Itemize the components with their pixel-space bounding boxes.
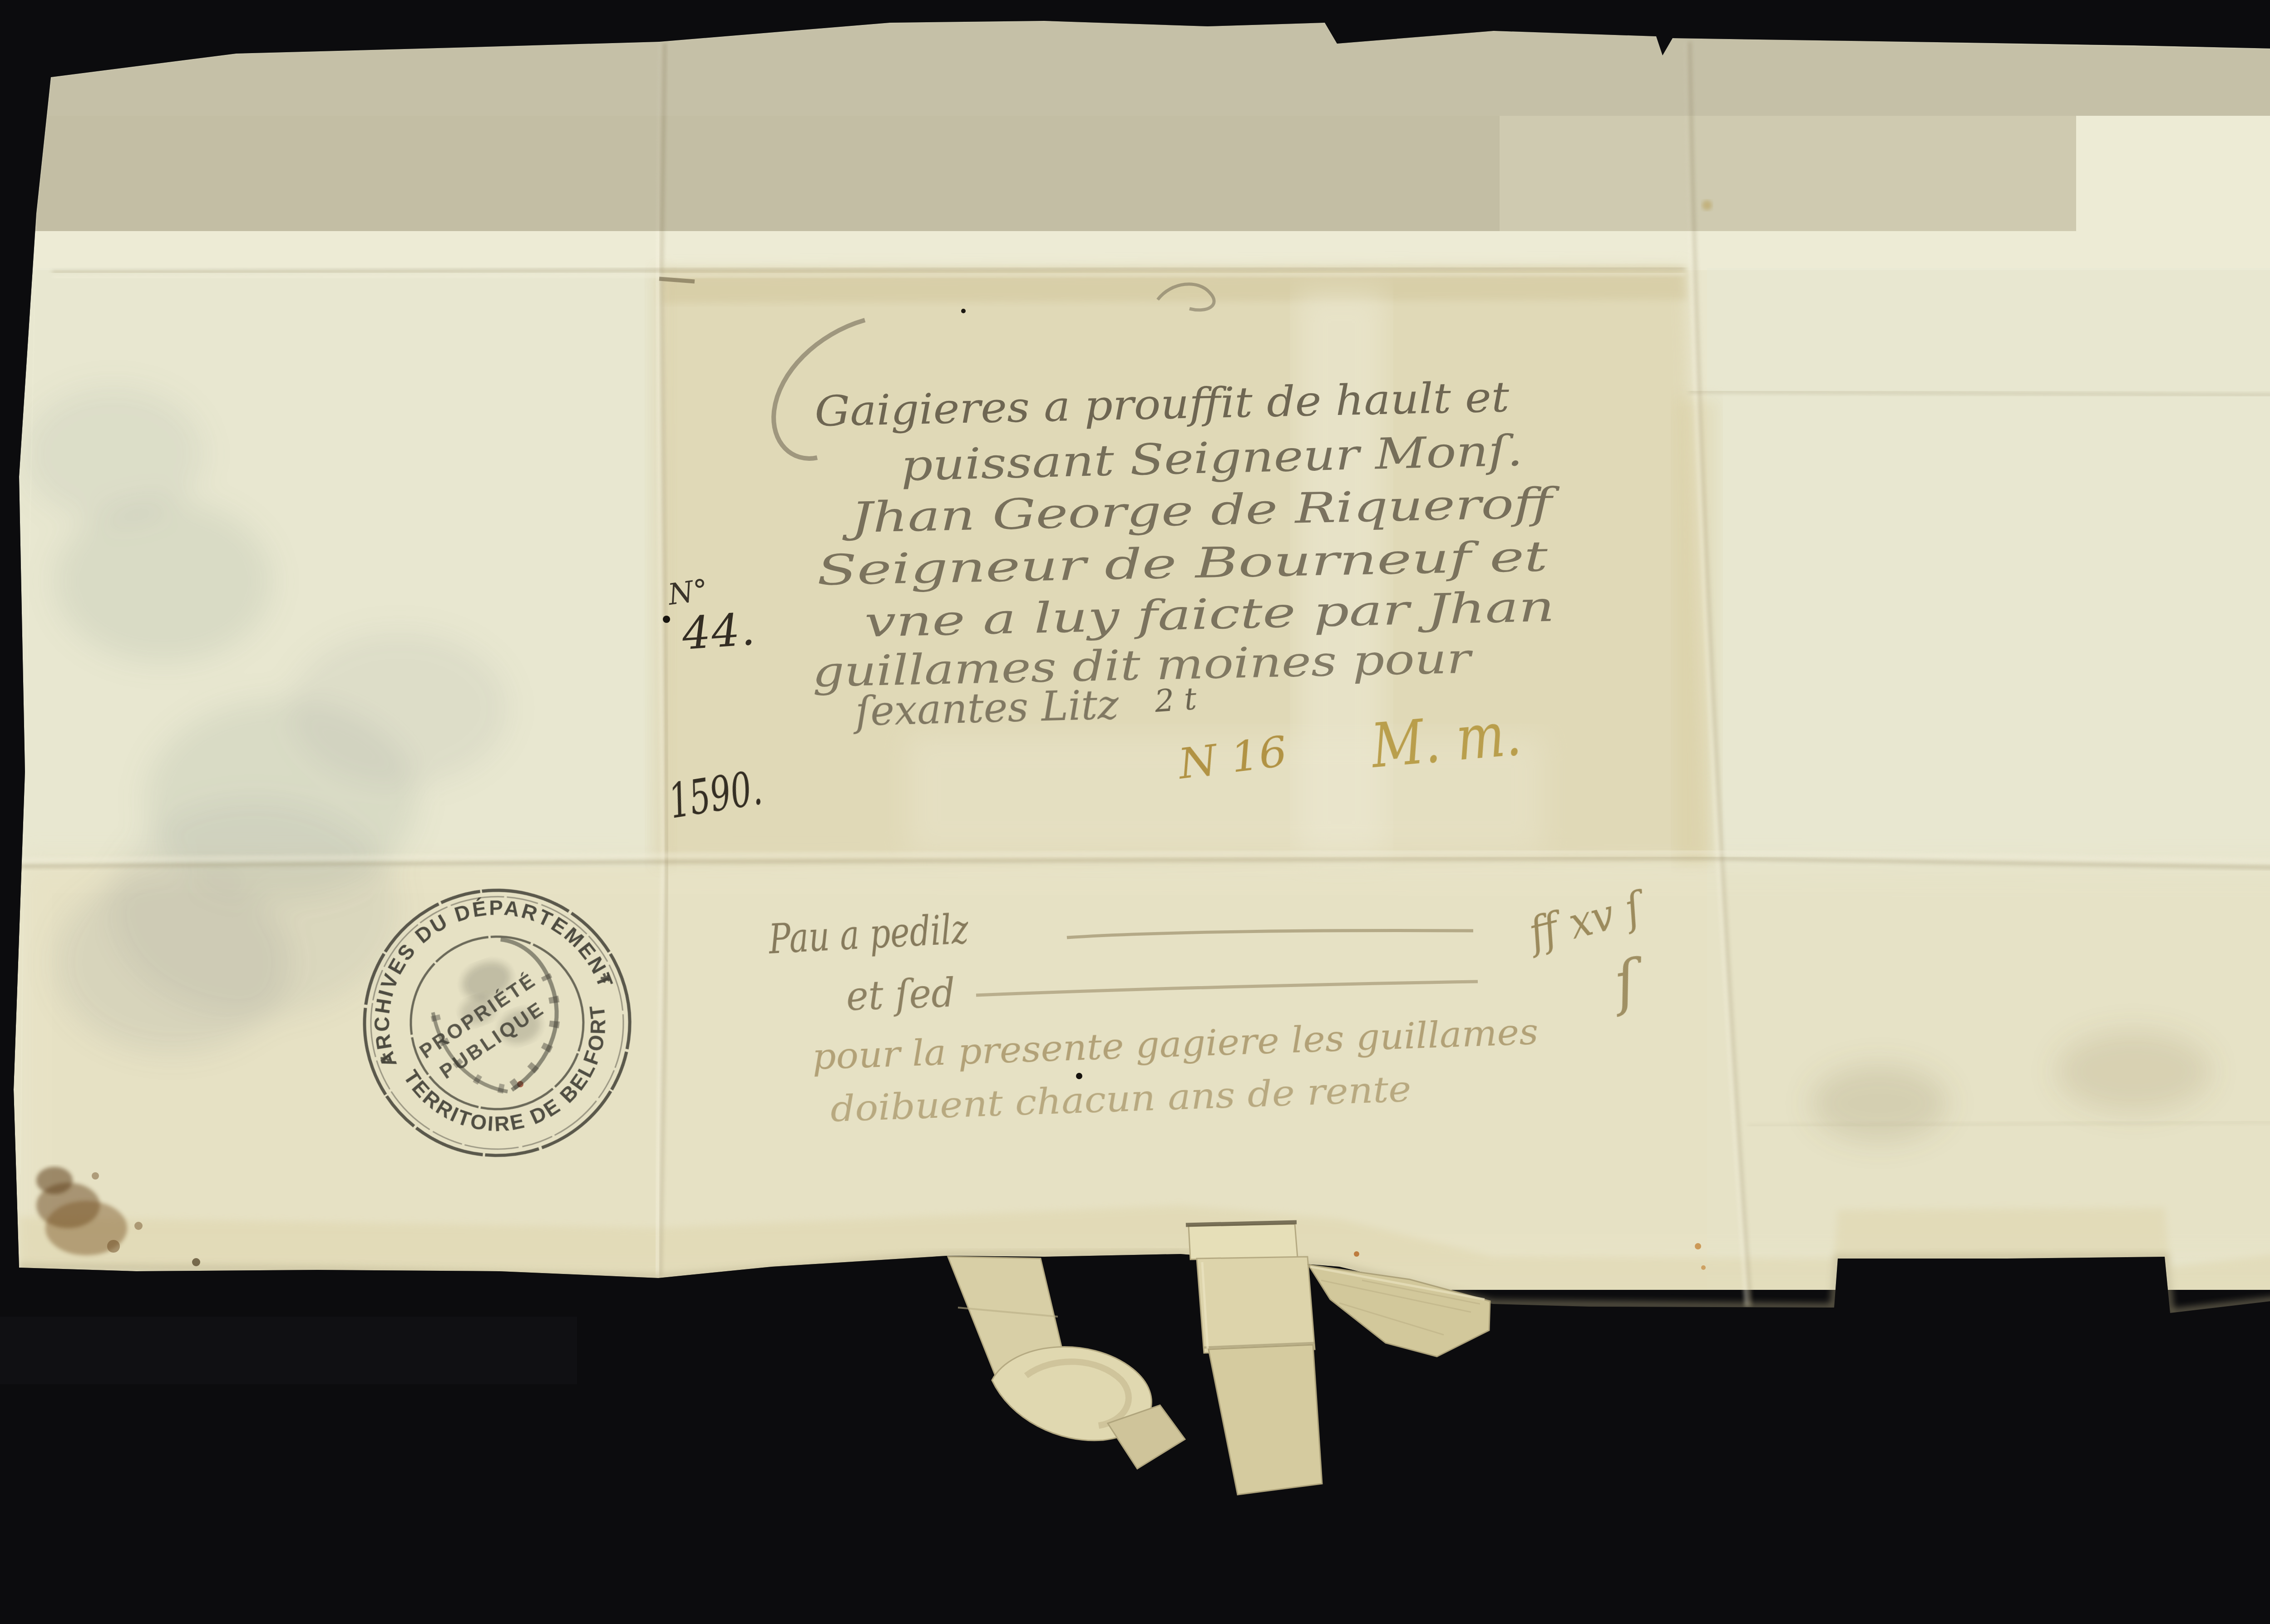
tag-slit-line — [1186, 1222, 1297, 1225]
tag-slit-tab — [1189, 1224, 1298, 1259]
monogram: M. m. — [1367, 698, 1524, 782]
inline-mark: 2 t — [1153, 681, 1198, 720]
margin-number-prefix: N° — [665, 573, 710, 612]
photo-background-lower — [0, 1317, 2270, 1624]
tag-strip-center-upper — [1197, 1257, 1315, 1353]
account-row2-label: et ſed — [845, 969, 956, 1020]
photograph-of-parchment-deed: ARCHIVES DU DÉPARTEMENT TERRITOIRE DE BE… — [0, 0, 2270, 1624]
handwriting-line-7: ſexantes Litz — [852, 681, 1120, 735]
deed-photo-canvas: ARCHIVES DU DÉPARTEMENT TERRITOIRE DE BE… — [0, 0, 2270, 1624]
margin-number: 44. — [680, 603, 757, 660]
margin-ink-dot — [663, 616, 670, 623]
